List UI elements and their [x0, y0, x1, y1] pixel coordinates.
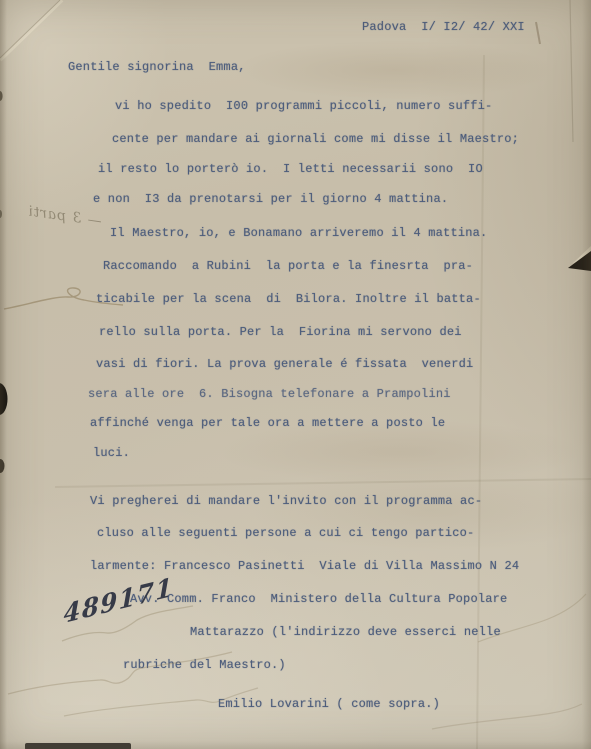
typed-line: affinché venga per tale ora a mettere a …: [90, 416, 445, 430]
corner-crease-highlight: [0, 0, 62, 60]
typed-line: rubriche del Maestro.): [123, 658, 286, 672]
edge-blob-mark: [0, 383, 8, 415]
typed-line: sera alle ore 6. Bisogna telefonare a Pr…: [88, 387, 451, 401]
vertical-crease: [477, 55, 484, 749]
typed-line: cluso alle seguenti persone a cui ci ten…: [97, 526, 474, 540]
typed-line: ticabile per la scena di Bilora. Inoltre…: [96, 292, 481, 306]
typed-line: vi ho spedito I00 programmi piccoli, num…: [115, 99, 492, 113]
typed-line: cente per mandare ai giornali come mi di…: [112, 132, 519, 146]
edge-wedge-mark: [568, 251, 591, 271]
letter-scan: Padova I/ I2/ 42/ XXI Gentile signorina …: [0, 0, 591, 749]
dateline: Padova I/ I2/ 42/ XXI: [362, 20, 525, 34]
typed-line: Il Maestro, io, e Bonamano arriveremo il…: [110, 226, 487, 240]
typed-line: larmente: Francesco Pasinetti Viale di V…: [90, 559, 519, 573]
typed-line: Avv. Comm. Franco Ministero della Cultur…: [130, 592, 507, 606]
typed-line: rello sulla porta. Per la Fiorina mi ser…: [99, 325, 462, 339]
edge-wedge-highlight: [572, 246, 591, 264]
corner-crease-line: [0, 0, 60, 58]
typed-line: Raccomando a Rubini la porta e la finesr…: [103, 259, 473, 273]
typed-line: Vi pregherei di mandare l'invito con il …: [90, 494, 482, 508]
typed-line: Mattarazzo (l'indirizzo deve esserci nel…: [190, 625, 501, 639]
typed-line: luci.: [93, 446, 130, 460]
archival-number-handwritten: 489171: [64, 572, 174, 629]
pencil-mark: [536, 22, 540, 44]
edge-blob-mark: [0, 210, 2, 218]
typed-line: vasi di fiori. La prova generale é fissa…: [96, 357, 473, 371]
salutation: Gentile signorina Emma,: [68, 60, 246, 74]
edge-blob-mark: [0, 459, 5, 473]
edge-blob-mark: [0, 91, 3, 101]
typed-line: il resto lo porterò io. I letti necessar…: [98, 162, 483, 176]
showthrough-script: [432, 704, 582, 729]
signature-line: Emilio Lovarini ( come sopra.): [218, 697, 440, 711]
horizontal-crease: [55, 479, 591, 487]
scan-background-strip: [25, 743, 131, 749]
margin-note-showthrough: — 3 parti: [5, 200, 102, 229]
vertical-crease: [570, 0, 573, 142]
typed-line: e non I3 da prenotarsi per il giorno 4 m…: [93, 192, 448, 206]
